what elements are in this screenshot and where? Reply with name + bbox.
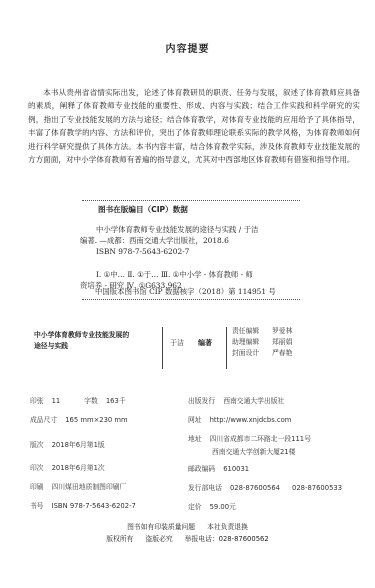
cip-top-divider	[82, 200, 300, 201]
price-row: 定价59.00元	[188, 502, 368, 521]
website-row: 网址http://www.xnjdcbs.com	[188, 415, 368, 434]
info-label: 出版发行	[188, 396, 215, 406]
cip-approval-number: 中国版本图书馆 CIP 数据核字（2018）第 114951 号	[95, 286, 276, 297]
editor-row: 封面设计严春艳	[232, 348, 292, 359]
copyright-footer: 图书如有印装质量问题本社负责退换 版权所有盗版必究举报电话：028-876005…	[0, 521, 375, 545]
quality-notice: 图书如有印装质量问题	[127, 523, 195, 531]
book-title-block: 中小学体育教师专业技能发展的 途径与实践	[34, 330, 154, 352]
publisher-row: 出版发行西南交通大学出版社	[188, 396, 368, 415]
address-line2: 西南交通大学创新大厦21楼	[188, 447, 368, 457]
print-specs: 印张11字数163千 成品尺寸165 mm×230 mm 版次2018年6月第1…	[30, 396, 180, 520]
spec-value: ISBN 978-7-5643-6202-7	[52, 502, 136, 510]
spec-value: 165 mm×230 mm	[65, 416, 127, 424]
address-row: 地址四川省成都市二环路北一段111号 西南交通大学创新大厦21楼	[188, 434, 368, 464]
editor-name: 罗爱林	[272, 327, 292, 335]
spec-value: 四川煤田地质制图印刷厂	[52, 483, 127, 491]
cip-line-publisher: 编著. —成都：西南交通大学出版社，2018.6	[80, 235, 295, 246]
info-label: 发行部电话	[188, 483, 222, 493]
spec-value: 2018年6月第1次	[52, 464, 105, 472]
spec-label: 成品尺寸	[30, 415, 57, 425]
spec-label: 书号	[30, 501, 44, 511]
spec-label: 版次	[30, 440, 44, 450]
spec-value: 11	[52, 397, 61, 405]
editor-label: 责任编辑	[232, 326, 272, 337]
piracy-notice: 盗版必究	[145, 535, 172, 543]
editor-label: 封面设计	[232, 348, 272, 359]
info-label: 地址	[188, 434, 202, 444]
spec-value: 163千	[106, 397, 126, 405]
spec-row-sheets: 印张11字数163千	[30, 396, 180, 415]
spec-value: 2018年6月第1版	[52, 441, 105, 449]
postcode-row: 邮政编码610031	[188, 464, 368, 483]
cip-bottom-divider	[82, 299, 300, 300]
spec-row-edition: 版次2018年6月第1版	[30, 440, 180, 459]
spec-label: 印次	[30, 463, 44, 473]
cip-heading: 图书在版编目（CIP）数据	[98, 204, 188, 215]
spec-label: 字数	[84, 396, 98, 406]
report-phone: 举报电话：028-87600562	[185, 535, 269, 543]
address-line1: 四川省成都市二环路北一段111号	[210, 435, 311, 443]
editor-credits: 责任编辑罗爱林 助理编辑郑丽娟 封面设计严春艳	[232, 326, 292, 359]
column-divider	[226, 327, 227, 369]
return-notice: 本社负责退换	[207, 523, 248, 531]
publisher-info: 出版发行西南交通大学出版社 网址http://www.xnjdcbs.com 地…	[188, 396, 368, 521]
cip-line-title: 中小学体育教师专业技能发展的途径与实践 / 于洁	[80, 224, 295, 235]
spec-row-printer: 印刷四川煤田地质制图印刷厂	[30, 482, 180, 501]
info-label: 网址	[188, 415, 202, 425]
phone-number: 028-87600564	[230, 484, 280, 492]
info-label: 邮政编码	[188, 464, 215, 474]
phone-row: 发行部电话028-87600564028-87600533	[188, 483, 368, 502]
spec-row-printing: 印次2018年6月第1次	[30, 463, 180, 482]
price-value: 59.00元	[210, 503, 236, 511]
editor-row: 助理编辑郑丽娟	[232, 337, 292, 348]
summary-title: 内容提要	[0, 40, 375, 55]
editor-label: 助理编辑	[232, 337, 272, 348]
author-name: 于洁	[170, 338, 184, 348]
spec-row-isbn: 书号ISBN 978-7-5643-6202-7	[30, 501, 180, 520]
info-label: 定价	[188, 502, 202, 512]
footer-line2: 版权所有盗版必究举报电话：028-87600562	[0, 533, 375, 545]
editor-name: 严春艳	[272, 349, 292, 357]
phone-number: 028-87600533	[292, 484, 342, 492]
website-link[interactable]: http://www.xnjdcbs.com	[210, 416, 292, 424]
author-role: 编著	[198, 338, 212, 348]
book-title-line2: 途径与实践	[34, 341, 154, 352]
spec-label: 印刷	[30, 482, 44, 492]
book-title-line1: 中小学体育教师专业技能发展的	[34, 330, 154, 341]
editor-name: 郑丽娟	[272, 338, 292, 346]
spec-row-size: 成品尺寸165 mm×230 mm	[30, 415, 180, 434]
cip-record: 中小学体育教师专业技能发展的途径与实践 / 于洁 编著. —成都：西南交通大学出…	[80, 224, 295, 291]
spec-label: 印张	[30, 396, 44, 406]
cip-line-classification: Ⅰ. ①中… Ⅱ. ①于… Ⅲ. ①中小学 - 体育教师 - 师	[80, 269, 295, 280]
cip-line-isbn: ISBN 978-7-5643-6202-7	[80, 246, 295, 257]
info-value: 610031	[223, 465, 249, 473]
footer-line1: 图书如有印装质量问题本社负责退换	[0, 521, 375, 533]
editor-row: 责任编辑罗爱林	[232, 326, 292, 337]
info-value: 西南交通大学出版社	[223, 397, 284, 405]
summary-text: 本书从贵州省省情实际出发，论述了体育教研员的职责、任务与发展，叙述了体育教师应具…	[28, 86, 360, 166]
rights-notice: 版权所有	[106, 535, 133, 543]
summary-paragraph: 本书从贵州省省情实际出发，论述了体育教研员的职责、任务与发展，叙述了体育教师应具…	[28, 86, 360, 166]
column-divider	[162, 327, 163, 369]
